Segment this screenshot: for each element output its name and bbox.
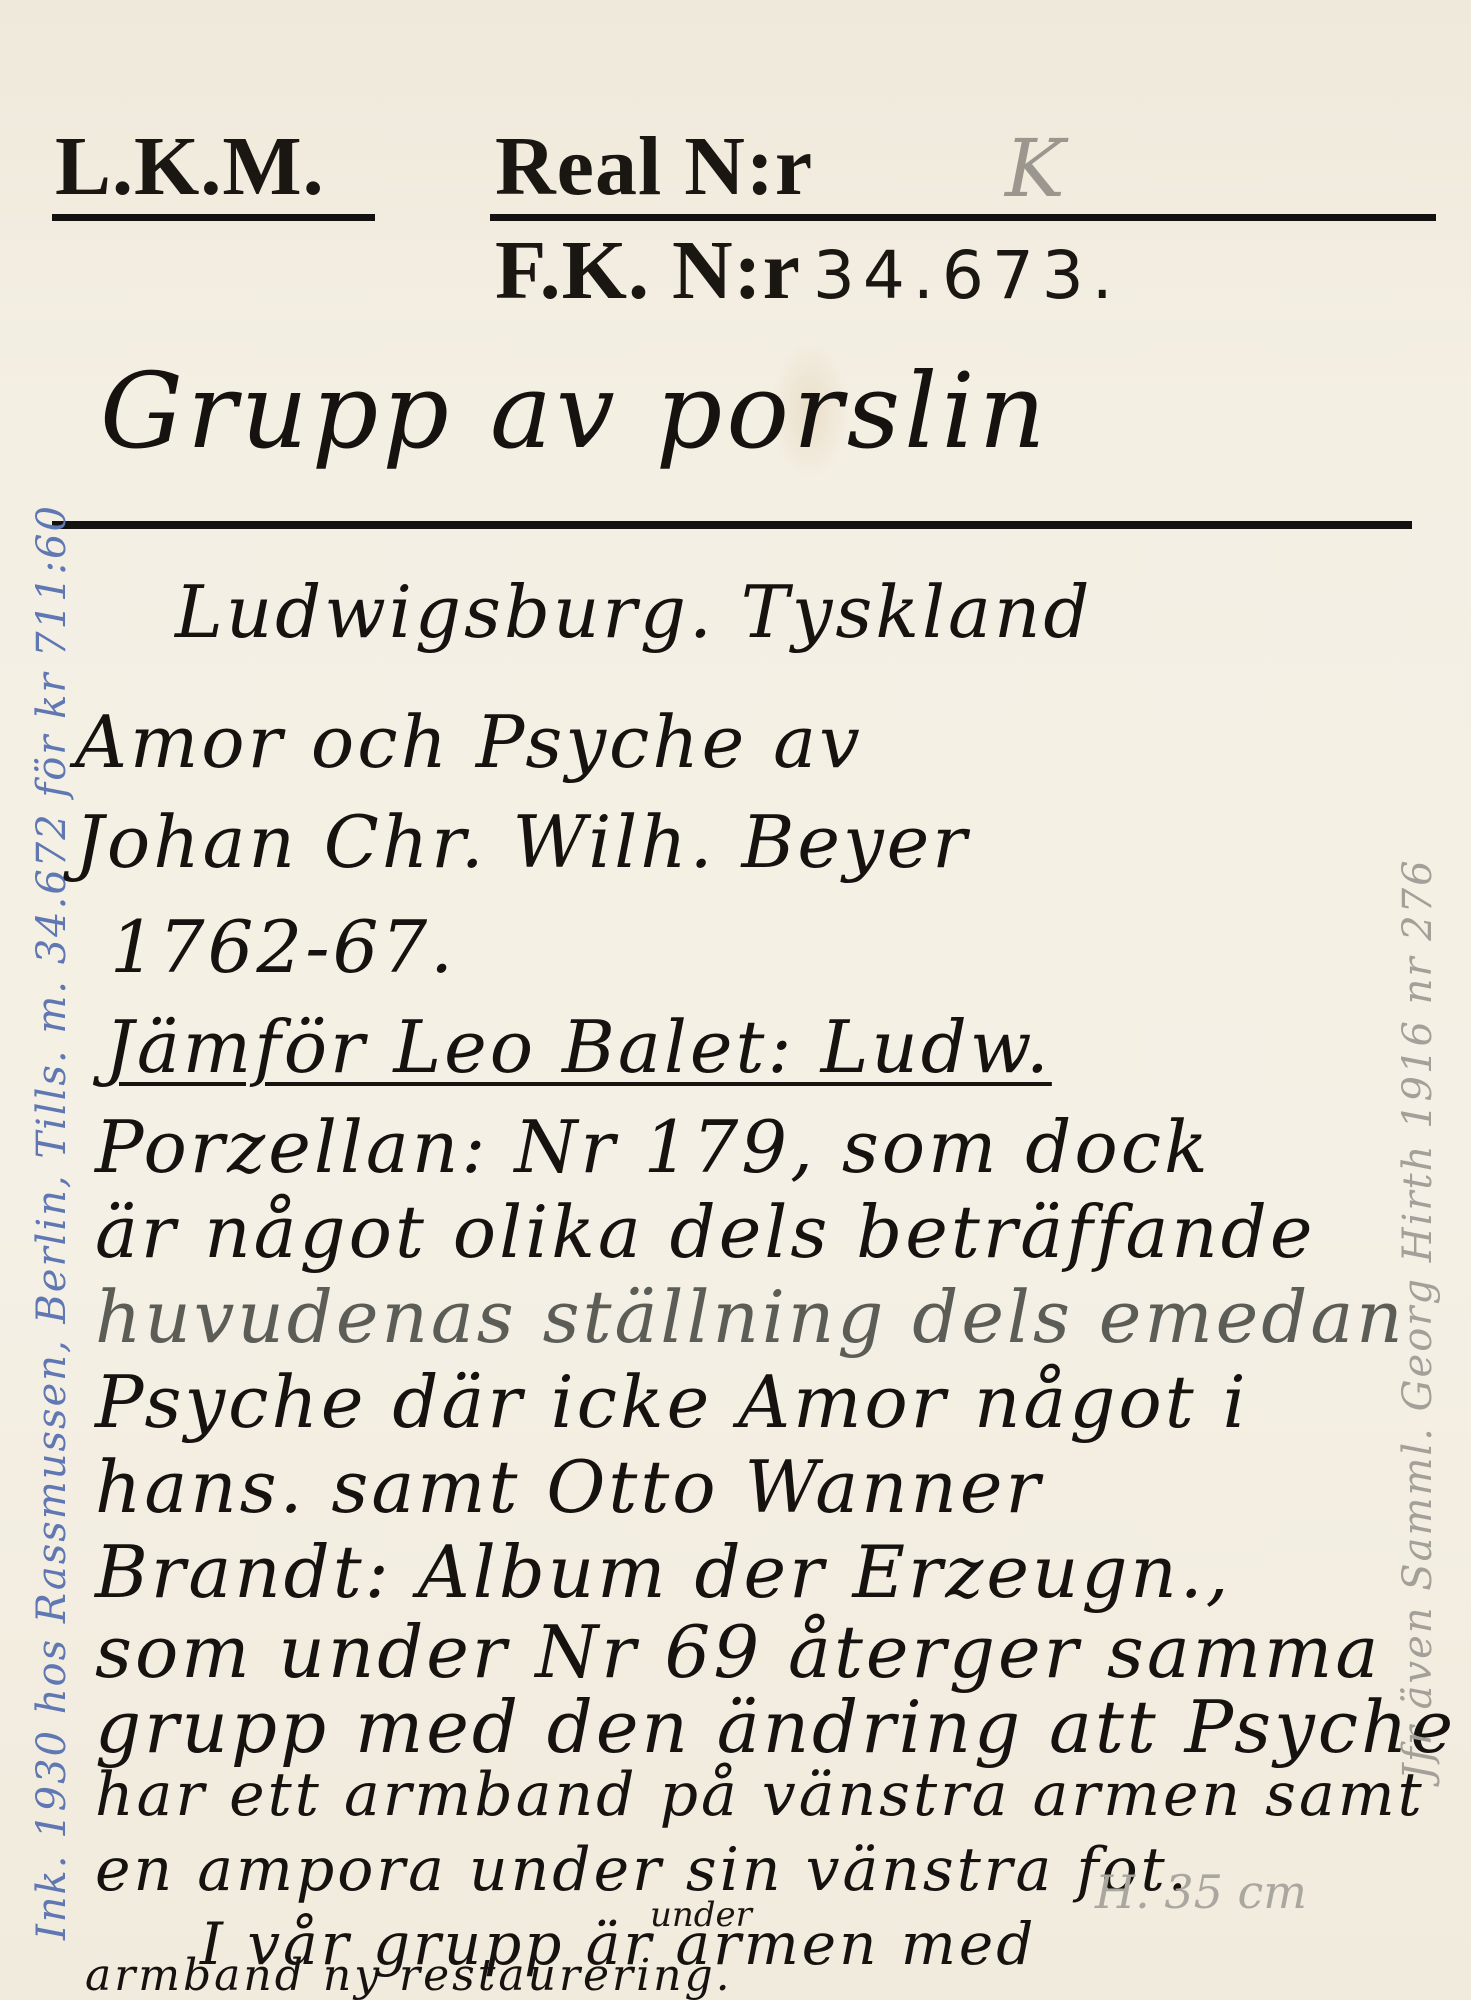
body-line-6: hans. samt Otto Wanner	[95, 1445, 1043, 1529]
body-line-reference-1: Jämför Leo Balet: Ludw.	[105, 1005, 1052, 1089]
institution-underline	[52, 214, 375, 221]
body-line-10: har ett armband på vänstra armen samt	[95, 1760, 1425, 1830]
body-line-8: som under Nr 69 återger samma	[95, 1610, 1381, 1694]
object-title: Grupp av porslin	[100, 350, 1050, 472]
pencil-dimension: H. 35 cm	[1095, 1865, 1307, 1919]
institution-label: L.K.M.	[55, 118, 325, 215]
catalog-card: L.K.M. Real N:r K F.K. N:r34.673. Grupp …	[0, 0, 1471, 2000]
body-line-3: är något olika dels beträffande	[95, 1190, 1315, 1274]
body-line-7: Brandt: Album der Erzeugn.,	[95, 1530, 1232, 1614]
body-line-subject: Amor och Psyche av	[75, 700, 863, 784]
header-rule	[490, 214, 1436, 221]
real-nr-label: Real N:r	[495, 118, 813, 215]
body-line-13: armband ny restaurering.	[85, 1950, 733, 2000]
fk-nr-row: F.K. N:r34.673.	[495, 222, 1121, 319]
fk-nr-label: F.K. N:r	[495, 224, 801, 317]
real-nr-pencil-mark: K	[1005, 122, 1065, 215]
body-line-4: huvudenas ställning dels emedan	[95, 1275, 1406, 1359]
body-line-origin: Ludwigsburg. Tyskland	[175, 570, 1092, 654]
body-line-reference-2: Porzellan: Nr 179, som dock	[95, 1105, 1211, 1189]
fk-nr-value: 34.673.	[813, 237, 1121, 314]
body-line-date: 1762-67.	[110, 905, 456, 989]
margin-note-acquisition: Ink. 1930 hos Rassmussen, Berlin, Tills.…	[29, 504, 75, 1940]
body-line-artist: Johan Chr. Wilh. Beyer	[75, 800, 970, 884]
margin-note-comparison: Jfr även Samml. Georg Hirth 1916 nr 276	[1395, 858, 1441, 1780]
body-line-9: grupp med den ändring att Psyche	[95, 1685, 1456, 1769]
body-line-11: en ampora under sin vänstra fot.	[95, 1835, 1190, 1905]
body-line-5: Psyche där icke Amor något i	[95, 1360, 1249, 1444]
title-rule	[52, 521, 1412, 529]
